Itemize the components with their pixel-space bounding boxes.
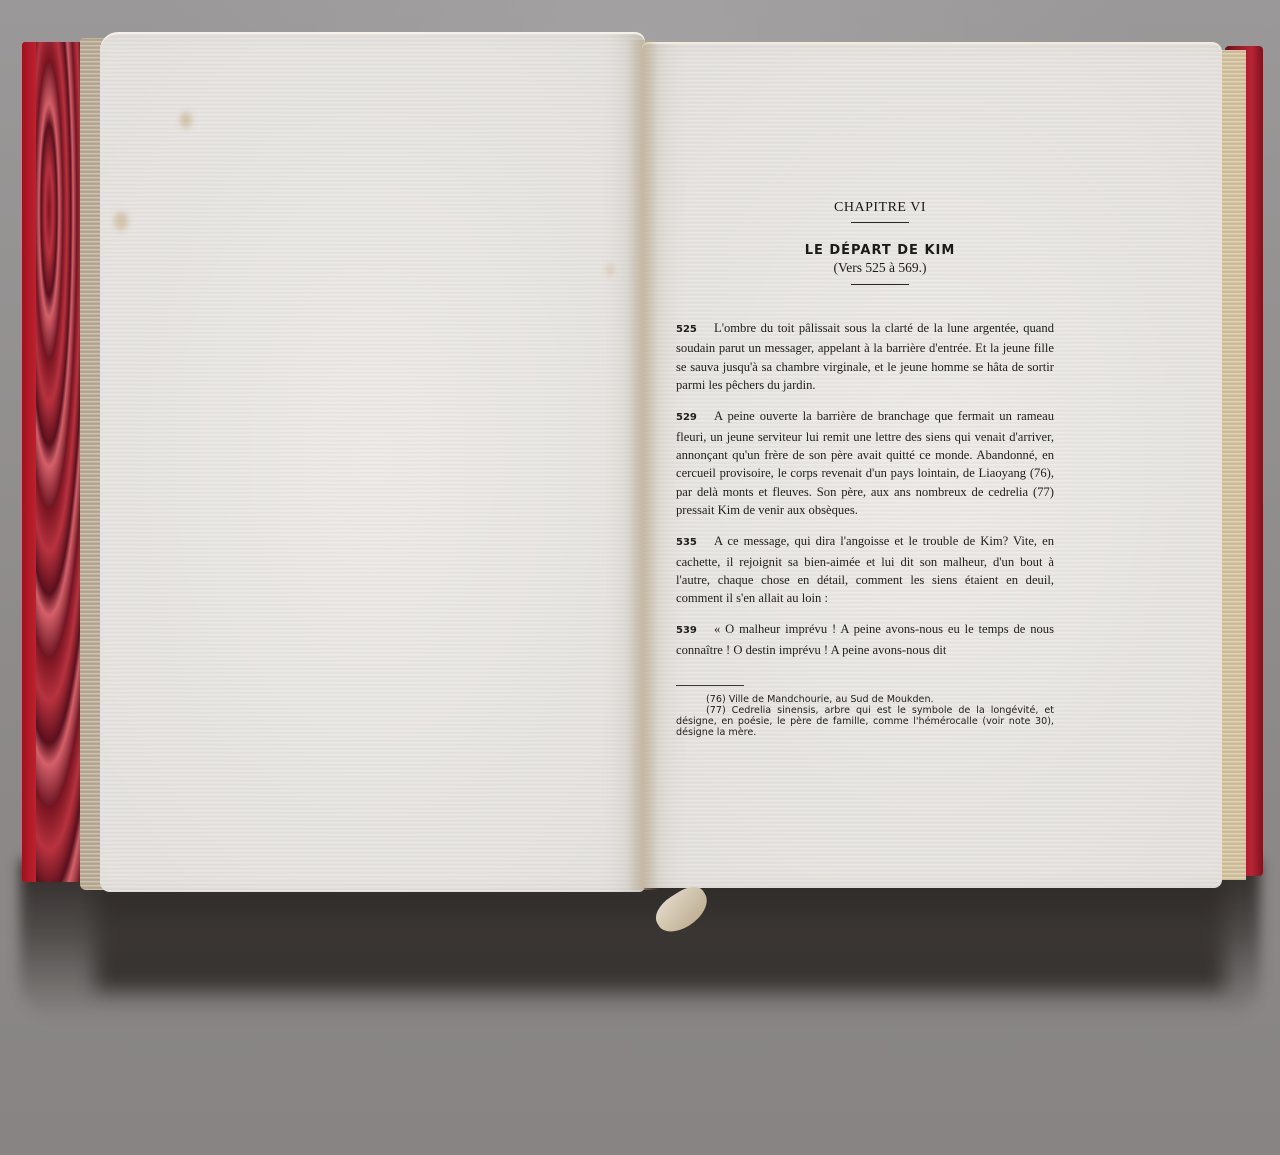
footnote-77: (77) Cedrelia sinensis, arbre qui est le… bbox=[676, 705, 1054, 738]
verse-text: A peine ouverte la barrière de branchage… bbox=[676, 409, 1054, 517]
subtitle-rule bbox=[851, 284, 909, 285]
footnote-76: (76) Ville de Mandchourie, au Sud de Mou… bbox=[676, 694, 1054, 705]
verse-number: 525 bbox=[676, 321, 714, 339]
verse-text: A ce message, qui dira l'angoisse et le … bbox=[676, 534, 1054, 605]
verse-list: 525L'ombre du toit pâlissait sous la cla… bbox=[676, 319, 1054, 659]
verse-text: L'ombre du toit pâlissait sous la clarté… bbox=[676, 321, 1054, 392]
verse-number: 535 bbox=[676, 534, 714, 552]
foxing-stain bbox=[114, 212, 128, 230]
verse-paragraph: 539« O malheur imprévu ! A peine avons-n… bbox=[676, 620, 1054, 659]
chapter-title: LE DÉPART DE KIM bbox=[706, 243, 1054, 258]
footnotes: (76) Ville de Mandchourie, au Sud de Mou… bbox=[676, 694, 1054, 738]
foxing-stain bbox=[605, 264, 615, 276]
verse-paragraph: 525L'ombre du toit pâlissait sous la cla… bbox=[676, 319, 1054, 395]
left-page-blank bbox=[100, 34, 645, 892]
chapter-subtitle: (Vers 525 à 569.) bbox=[706, 260, 1054, 276]
chapter-heading: CHAPITRE VI bbox=[706, 200, 1054, 216]
verse-paragraph: 529A peine ouverte la barrière de branch… bbox=[676, 407, 1054, 519]
foxing-stain bbox=[180, 112, 192, 128]
page-text: CHAPITRE VI LE DÉPART DE KIM (Vers 525 à… bbox=[676, 200, 1054, 738]
verse-number: 529 bbox=[676, 409, 714, 427]
footnote-rule bbox=[676, 685, 744, 686]
verse-text: « O malheur imprévu ! A peine avons-nous… bbox=[676, 622, 1054, 656]
verse-paragraph: 535A ce message, qui dira l'angoisse et … bbox=[676, 532, 1054, 608]
heading-rule bbox=[851, 222, 909, 223]
book-gutter bbox=[628, 40, 658, 890]
verse-number: 539 bbox=[676, 622, 714, 640]
